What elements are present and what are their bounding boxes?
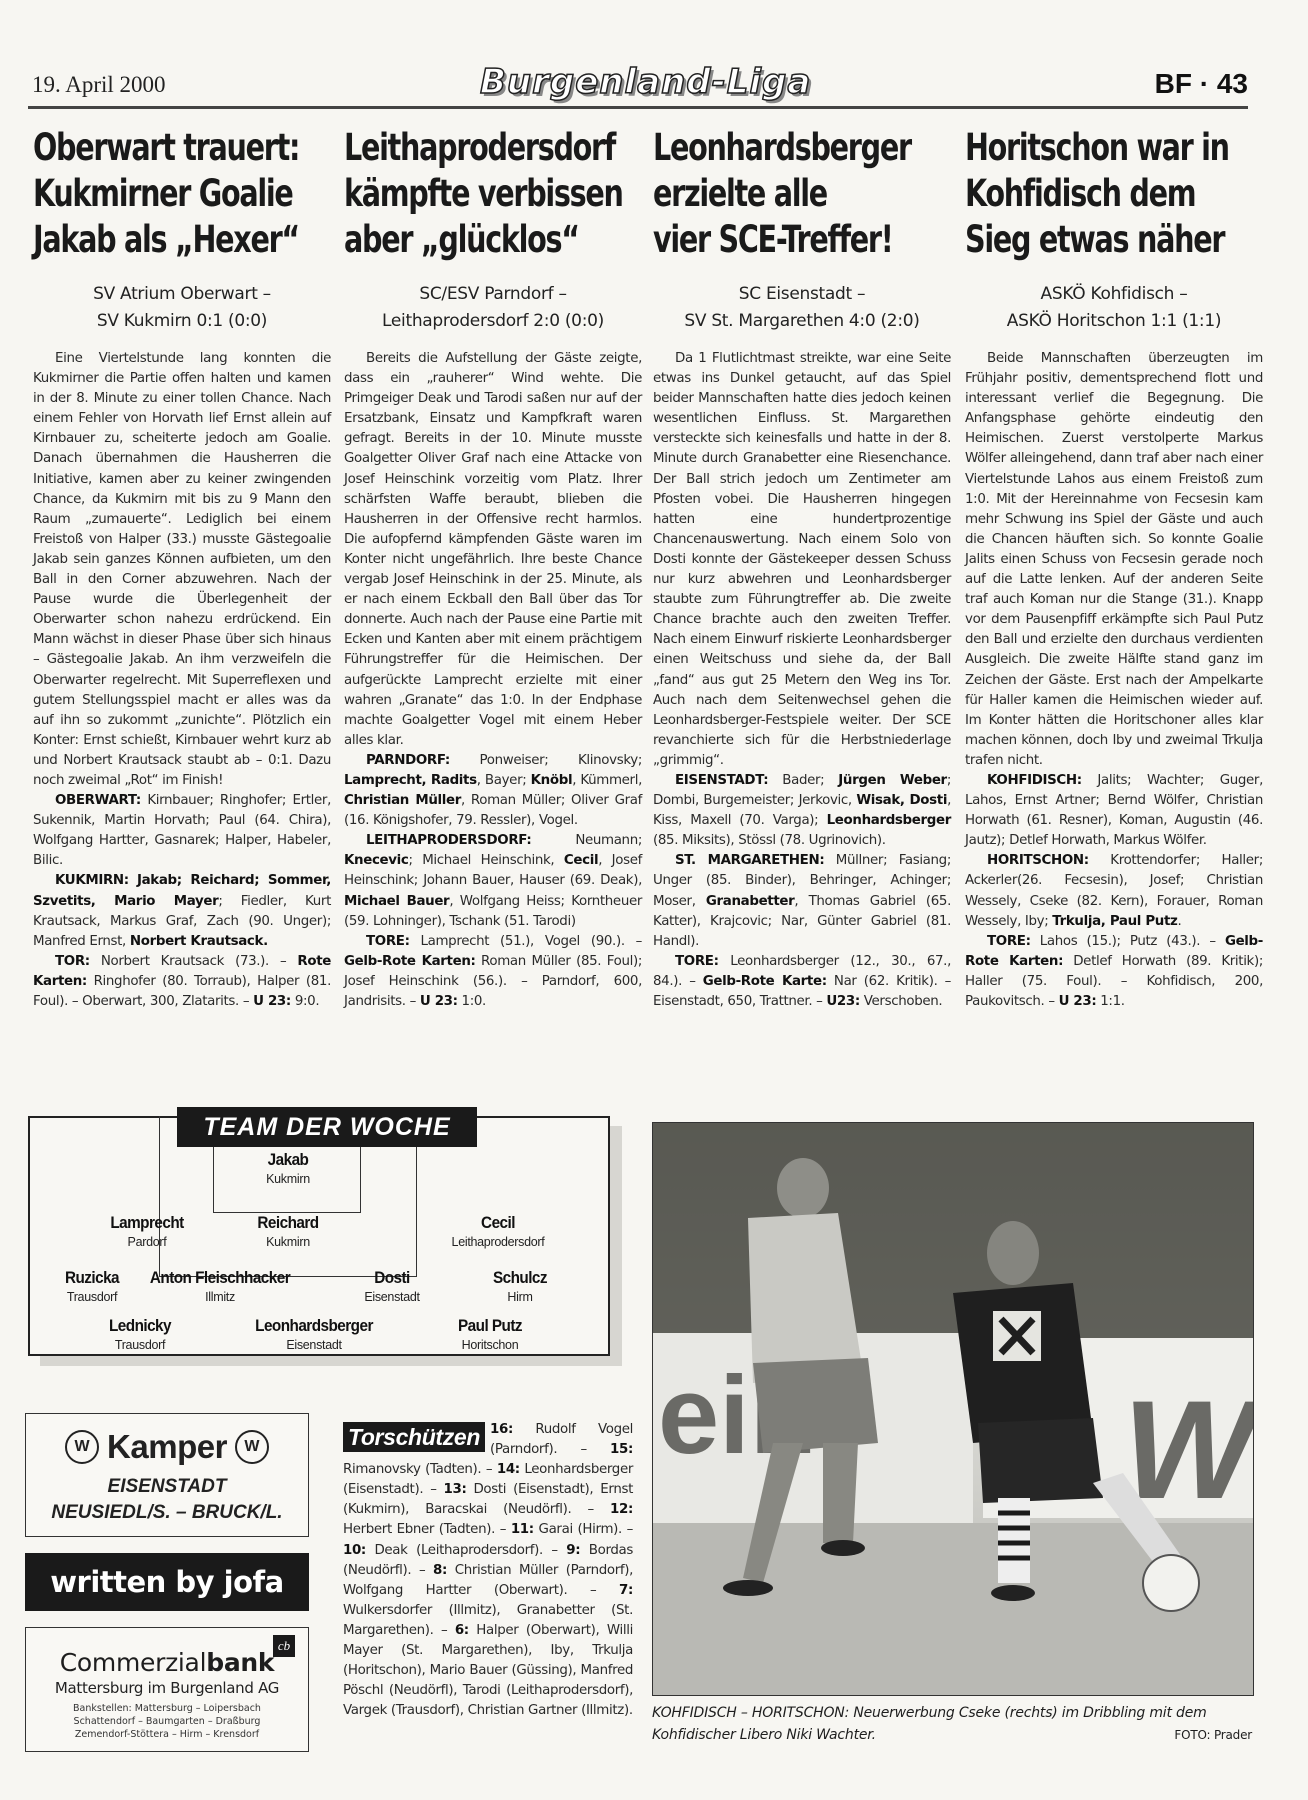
team-der-woche-box: TEAM DER WOCHE JakabKukmirnLamprechtPard…	[28, 1116, 610, 1356]
article-text: Eine Viertelstunde lang konnten die Kukm…	[33, 349, 331, 791]
player-name: Reichard	[257, 1213, 318, 1233]
player-club: Eisenstadt	[249, 1338, 380, 1352]
player-name: Jakab	[268, 1150, 309, 1170]
photo-caption: KOHFIDISCH – HORITSCHON: Neuerwerbung Cs…	[652, 1702, 1252, 1746]
photo-credit: FOTO: Prader	[1174, 1724, 1252, 1746]
torschuetzen-title: Torschützen	[343, 1422, 485, 1452]
player-reichard: ReichardKukmirn	[254, 1213, 322, 1249]
player-club: Hirm	[490, 1290, 550, 1304]
article-text: Beide Mannschaften überzeugten im Frühja…	[965, 349, 1263, 771]
vw-logo-icon: W	[235, 1430, 269, 1464]
match-result: SV Atrium Oberwart –SV Kukmirn 0:1 (0:0)	[33, 281, 331, 335]
kamper-line2: NEUSIEDL/S. – BRUCK/L.	[26, 1500, 308, 1526]
player-cecil: CecilLeithaprodersdorf	[452, 1213, 545, 1249]
article-parndorf: Leithaprodersdorfkämpfte verbissenaber „…	[344, 125, 642, 1012]
kamper-ad: W Kamper W EISENSTADT NEUSIEDL/S. – BRUC…	[25, 1413, 309, 1537]
match-facts: TORE: Lahos (15.); Putz (43.). – Gelb-Ro…	[965, 932, 1263, 1012]
player-paul-putz: Paul PutzHoritschon	[454, 1316, 525, 1352]
header-rule	[28, 106, 1248, 109]
player-leonhardsberger: LeonhardsbergerEisenstadt	[249, 1316, 380, 1352]
player-name: Ruzicka	[65, 1268, 119, 1288]
player-name: Anton Fleischhacker	[150, 1268, 290, 1288]
lineup: HORITSCHON: Krottendorfer; Haller; Acker…	[965, 851, 1263, 931]
headline: Leithaprodersdorfkämpfte verbissenaber „…	[344, 125, 645, 263]
kamper-line1: EISENSTADT	[26, 1474, 308, 1500]
article-body: Eine Viertelstunde lang konnten die Kukm…	[33, 349, 331, 1012]
match-facts: TORE: Leonhardsberger (12., 30., 67., 84…	[653, 952, 951, 1012]
player-name: Cecil	[456, 1213, 540, 1233]
article-body: Beide Mannschaften überzeugten im Frühja…	[965, 349, 1263, 1012]
article-body: Da 1 Flutlichtmast streikte, war eine Se…	[653, 349, 951, 1012]
match-photo: ein W	[652, 1122, 1254, 1696]
commerzialbank-ad: cb Commerzialbank Mattersburg im Burgenl…	[25, 1627, 309, 1752]
vw-logo-icon: W	[65, 1430, 99, 1464]
player-club: Illmitz	[142, 1290, 298, 1304]
match-facts: TOR: Norbert Krautsack (73.). – Rote Kar…	[33, 952, 331, 1012]
player-club: Horitschon	[454, 1338, 525, 1352]
article-text: Da 1 Flutlichtmast streikte, war eine Se…	[653, 349, 951, 771]
torschuetzen-text: 16: Rudolf Vogel (Parndorf). – 15: Riman…	[343, 1422, 633, 1718]
headline: Oberwart trauert:Kukmirner GoalieJakab a…	[33, 125, 334, 263]
lineup: LEITHAPRODERSDORF: Neumann; Knecevic; Mi…	[344, 831, 642, 931]
lineup: KOHFIDISCH: Jalits; Wachter; Guger, Laho…	[965, 771, 1263, 851]
article-eisenstadt: Leonhardsbergererzielte allevier SCE-Tre…	[653, 125, 951, 1012]
article-kohfidisch: Horitschon war inKohfidisch demSieg etwa…	[965, 125, 1263, 1012]
lineup: EISENSTADT: Bader; Jürgen Weber; Dombi, …	[653, 771, 951, 851]
lineup: ST. MARGARETHEN: Müllner; Fasiang; Unger…	[653, 851, 951, 951]
page-number: BF · 43	[1155, 68, 1248, 100]
match-facts: TORE: Lamprecht (51.), Vogel (90.). – Ge…	[344, 932, 642, 1012]
match-result: SC Eisenstadt –SV St. Margarethen 4:0 (2…	[653, 281, 951, 335]
lineup: OBERWART: Kirnbauer; Ringhofer; Ertler, …	[33, 791, 331, 871]
player-anton-fleischhacker: Anton FleischhackerIllmitz	[142, 1268, 298, 1304]
player-club: Trausdorf	[62, 1290, 122, 1304]
headline: Horitschon war inKohfidisch demSieg etwa…	[965, 125, 1266, 263]
bank-branches: Bankstellen: Mattersburg – Loipersbach S…	[26, 1702, 308, 1741]
soccer-players-photo-icon: ein W	[653, 1123, 1253, 1695]
headline: Leonhardsbergererzielte allevier SCE-Tre…	[653, 125, 954, 263]
player-schulcz: SchulczHirm	[490, 1268, 550, 1304]
cb-logo-icon: cb	[273, 1635, 295, 1657]
article-text: Bereits die Aufstellung der Gäste zeigte…	[344, 349, 642, 751]
player-name: Lamprecht	[110, 1213, 183, 1233]
player-lamprecht: LamprechtPardorf	[106, 1213, 188, 1249]
kamper-name: Kamper	[107, 1428, 227, 1466]
player-lednicky: LednickyTrausdorf	[106, 1316, 175, 1352]
author-banner: written by jofa	[25, 1553, 309, 1611]
article-body: Bereits die Aufstellung der Gäste zeigte…	[344, 349, 642, 1012]
player-club: Eisenstadt	[364, 1290, 419, 1304]
match-result: ASKÖ Kohfidisch –ASKÖ Horitschon 1:1 (1:…	[965, 281, 1263, 335]
player-name: Lednicky	[109, 1316, 171, 1336]
player-club: Pardorf	[106, 1235, 188, 1249]
bank-subtitle: Mattersburg im Burgenland AG	[26, 1679, 308, 1697]
team-der-woche-title: TEAM DER WOCHE	[177, 1107, 477, 1147]
article-oberwart: Oberwart trauert:Kukmirner GoalieJakab a…	[33, 125, 331, 1012]
lineup: PARNDORF: Ponweiser; Klinovsky; Lamprech…	[344, 751, 642, 831]
bank-name: Commerzialbank	[26, 1648, 308, 1677]
player-club: Kukmirn	[254, 1235, 322, 1249]
torschuetzen-list: Torschützen 16: Rudolf Vogel (Parndorf).…	[343, 1420, 633, 1721]
player-name: Schulcz	[493, 1268, 547, 1288]
player-dosti: DostiEisenstadt	[364, 1268, 419, 1304]
player-ruzicka: RuzickaTrausdorf	[62, 1268, 122, 1304]
player-name: Dosti	[367, 1268, 417, 1288]
section-title: Burgenland-Liga	[480, 62, 811, 102]
player-club: Leithaprodersdorf	[452, 1235, 545, 1249]
player-name: Paul Putz	[458, 1316, 522, 1336]
player-club: Kukmirn	[265, 1172, 310, 1186]
match-result: SC/ESV Parndorf –Leithaprodersdorf 2:0 (…	[344, 281, 642, 335]
player-jakab: JakabKukmirn	[265, 1150, 310, 1186]
player-name: Leonhardsberger	[255, 1316, 373, 1336]
issue-date: 19. April 2000	[32, 72, 166, 98]
player-club: Trausdorf	[106, 1338, 175, 1352]
lineup: KUKMIRN: Jakab; Reichard; Sommer, Szveti…	[33, 871, 331, 951]
